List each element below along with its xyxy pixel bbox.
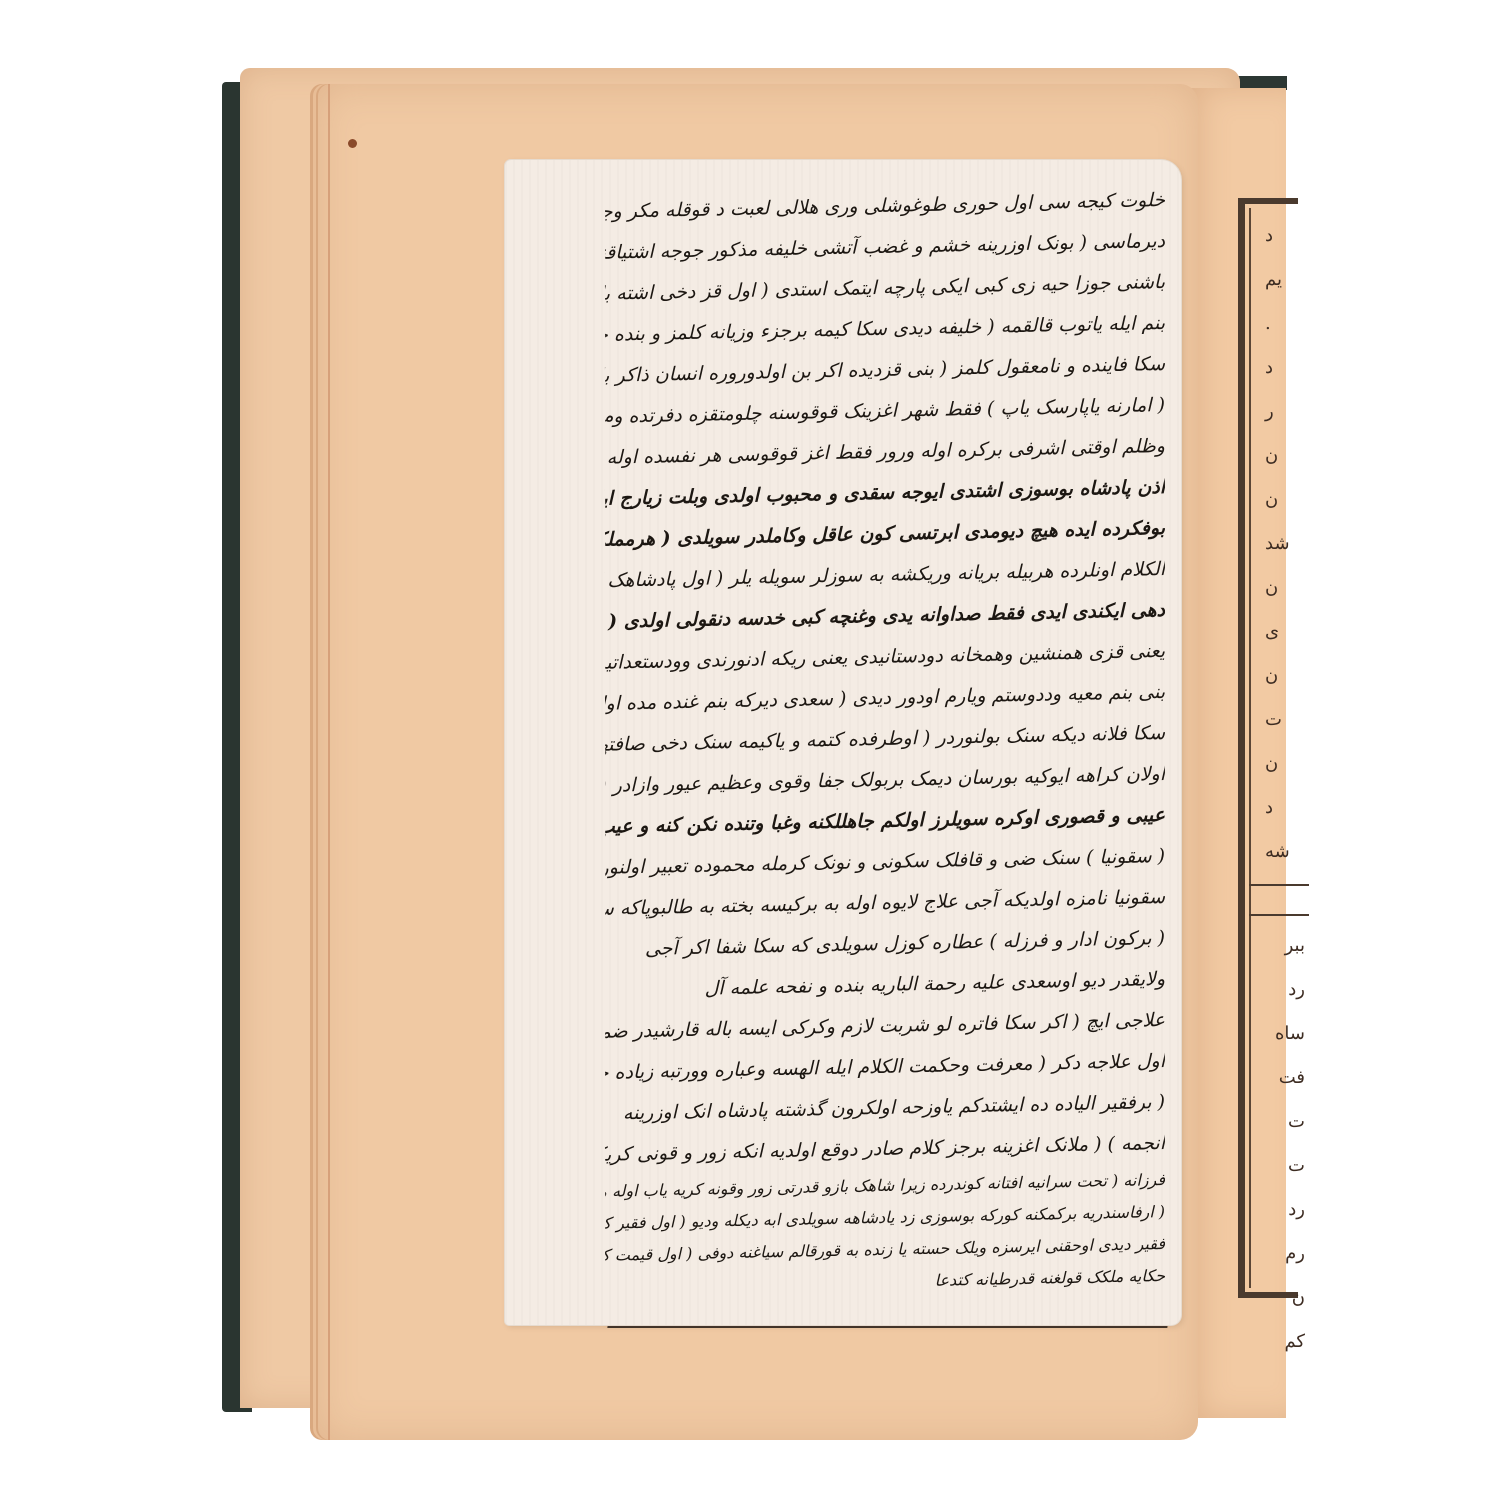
printed-glyph: ت (1265, 698, 1305, 742)
printed-glyph: د (1265, 346, 1305, 390)
printed-glyph: ت (1265, 1144, 1305, 1188)
printed-text-fragments-lower: ببر رد ساه فت ت ت رد رم ن کم (1265, 924, 1305, 1364)
printed-glyph: . (1265, 302, 1305, 346)
printed-rule (1249, 914, 1309, 916)
printed-glyph: ن (1265, 1276, 1305, 1320)
printed-glyph: یم (1265, 258, 1305, 302)
printed-glyph: ر (1265, 390, 1305, 434)
printed-glyph: ن (1265, 478, 1305, 522)
printed-glyph: د (1265, 214, 1305, 258)
printed-glyph: شه (1265, 830, 1305, 874)
printed-glyph: رد (1265, 1188, 1305, 1232)
manuscript-text: خلوت کیجه سی اول حوری طوغوشلی وری هلالی … (605, 180, 1165, 1292)
printed-glyph: ن (1265, 434, 1305, 478)
printed-glyph: ساه (1265, 1012, 1305, 1056)
printed-glyph: ن (1265, 654, 1305, 698)
printed-glyph: فت (1265, 1056, 1305, 1100)
printed-glyph: ن (1265, 742, 1305, 786)
printed-glyph: کم (1265, 1320, 1305, 1364)
printed-glyph: ن (1265, 566, 1305, 610)
printed-glyph: ت (1265, 1100, 1305, 1144)
printed-glyph: ببر (1265, 924, 1305, 968)
printed-page-border: د یم . د ر ن ن شد ن ی ن ت ن د شه ببر رد … (1238, 198, 1298, 1298)
printed-rule (1249, 884, 1309, 886)
printed-glyph: شد (1265, 522, 1305, 566)
printed-glyph: د (1265, 786, 1305, 830)
printed-glyph: رد (1265, 968, 1305, 1012)
handwritten-manuscript-leaf: خلوت کیجه سی اول حوری طوغوشلی وری هلالی … (505, 160, 1181, 1325)
ink-stain (348, 139, 357, 148)
page-fold-line (328, 84, 330, 1440)
printed-glyph: ی (1265, 610, 1305, 654)
printed-text-fragments-upper: د یم . د ر ن ن شد ن ی ن ت ن د شه (1265, 214, 1305, 874)
printed-glyph: رم (1265, 1232, 1305, 1276)
